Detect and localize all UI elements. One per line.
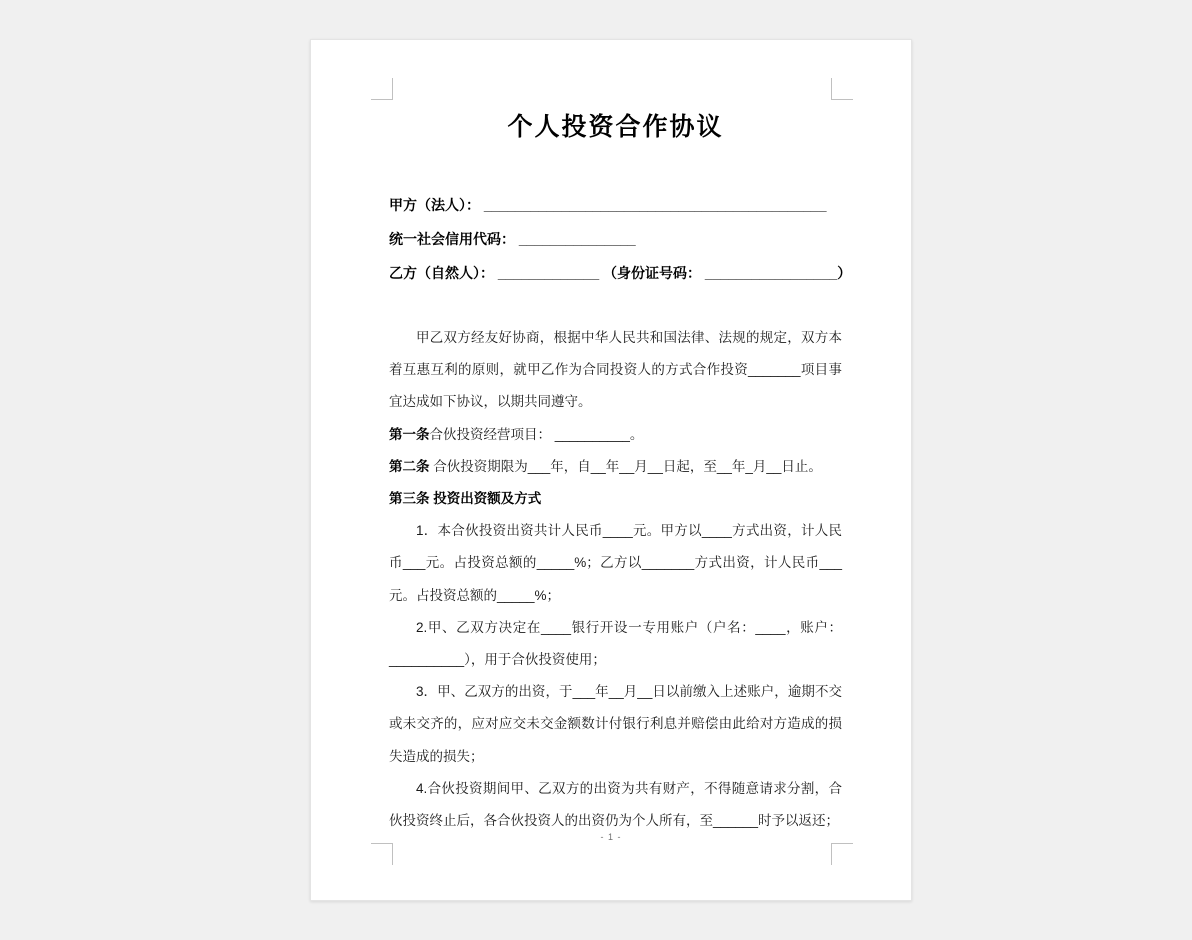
document-page: 个人投资合作协议 甲方（法人）： _______________________… xyxy=(310,39,912,901)
form-field-line: 乙方（自然人）： _____________ （身份证号码： _________… xyxy=(389,256,842,290)
field-blank-line: _________________ xyxy=(705,265,837,281)
clause-heading-run: 第一条 xyxy=(389,427,430,442)
text-boundary-mark-top-right xyxy=(831,78,853,100)
body-paragraph: 甲乙双方经友好协商，根据中华人民共和国法律、法规的规定，双方本着互惠互利的原则，… xyxy=(389,322,842,419)
paragraph-text-run: 合伙投资期限为___年，自__年__月__日起，至__年_月__日止。 xyxy=(430,459,822,474)
text-boundary-mark-bottom-right xyxy=(831,843,853,865)
paragraph-text-run: 1．本合伙投资出资共计人民币____元。甲方以____方式出资，计人民币___元… xyxy=(389,523,842,602)
body-paragraph: 第一条合伙投资经营项目： __________。 xyxy=(389,419,842,451)
field-blank-line: _______________ xyxy=(519,231,636,247)
field-label: （身份证号码： xyxy=(599,265,705,281)
body-paragraph: 1．本合伙投资出资共计人民币____元。甲方以____方式出资，计人民币___元… xyxy=(389,515,842,612)
body-paragraph: 3．甲、乙双方的出资，于___年__月__日以前缴入上述账户，逾期不交或未交齐的… xyxy=(389,676,842,773)
document-title: 个人投资合作协议 xyxy=(389,110,842,144)
page-number: - 1 - xyxy=(311,832,911,842)
clause-heading-run: 第三条 投资出资额及方式 xyxy=(389,491,541,506)
field-label: 乙方（自然人）： xyxy=(389,265,498,281)
paragraph-text-run: 甲乙双方经友好协商，根据中华人民共和国法律、法规的规定，双方本着互惠互利的原则，… xyxy=(389,330,842,409)
document-fields: 甲方（法人）： ________________________________… xyxy=(389,188,842,290)
form-field-line: 甲方（法人）： ________________________________… xyxy=(389,188,842,222)
body-paragraph: 第三条 投资出资额及方式 xyxy=(389,483,842,515)
field-blank-line: ________________________________________… xyxy=(484,197,827,213)
paragraph-text-run: 2.甲、乙双方决定在____银行开设一专用账户（户名：____，账户：_____… xyxy=(389,620,842,667)
paragraph-text-run: 4.合伙投资期间甲、乙双方的出资为共有财产，不得随意请求分割，合伙投资终止后，各… xyxy=(389,781,842,828)
app-background: 个人投资合作协议 甲方（法人）： _______________________… xyxy=(0,0,1192,940)
paragraph-text-run: 3．甲、乙双方的出资，于___年__月__日以前缴入上述账户，逾期不交或未交齐的… xyxy=(389,684,842,763)
text-boundary-mark-bottom-left xyxy=(371,843,393,865)
body-paragraph: 第二条 合伙投资期限为___年，自__年__月__日起，至__年_月__日止。 xyxy=(389,451,842,483)
clause-heading-run: 第二条 xyxy=(389,459,430,474)
document-body: 甲乙双方经友好协商，根据中华人民共和国法律、法规的规定，双方本着互惠互利的原则，… xyxy=(389,322,842,837)
field-label: ） xyxy=(837,265,851,281)
text-boundary-mark-top-left xyxy=(371,78,393,100)
field-label: 甲方（法人）： xyxy=(389,197,484,213)
body-paragraph: 2.甲、乙双方决定在____银行开设一专用账户（户名：____，账户：_____… xyxy=(389,612,842,676)
body-paragraph: 4.合伙投资期间甲、乙双方的出资为共有财产，不得随意请求分割，合伙投资终止后，各… xyxy=(389,773,842,837)
paragraph-text-run: 合伙投资经营项目： __________。 xyxy=(430,427,644,442)
form-field-line: 统一社会信用代码： _______________ xyxy=(389,222,842,256)
field-label: 统一社会信用代码： xyxy=(389,231,519,247)
field-blank-line: _____________ xyxy=(498,265,599,281)
